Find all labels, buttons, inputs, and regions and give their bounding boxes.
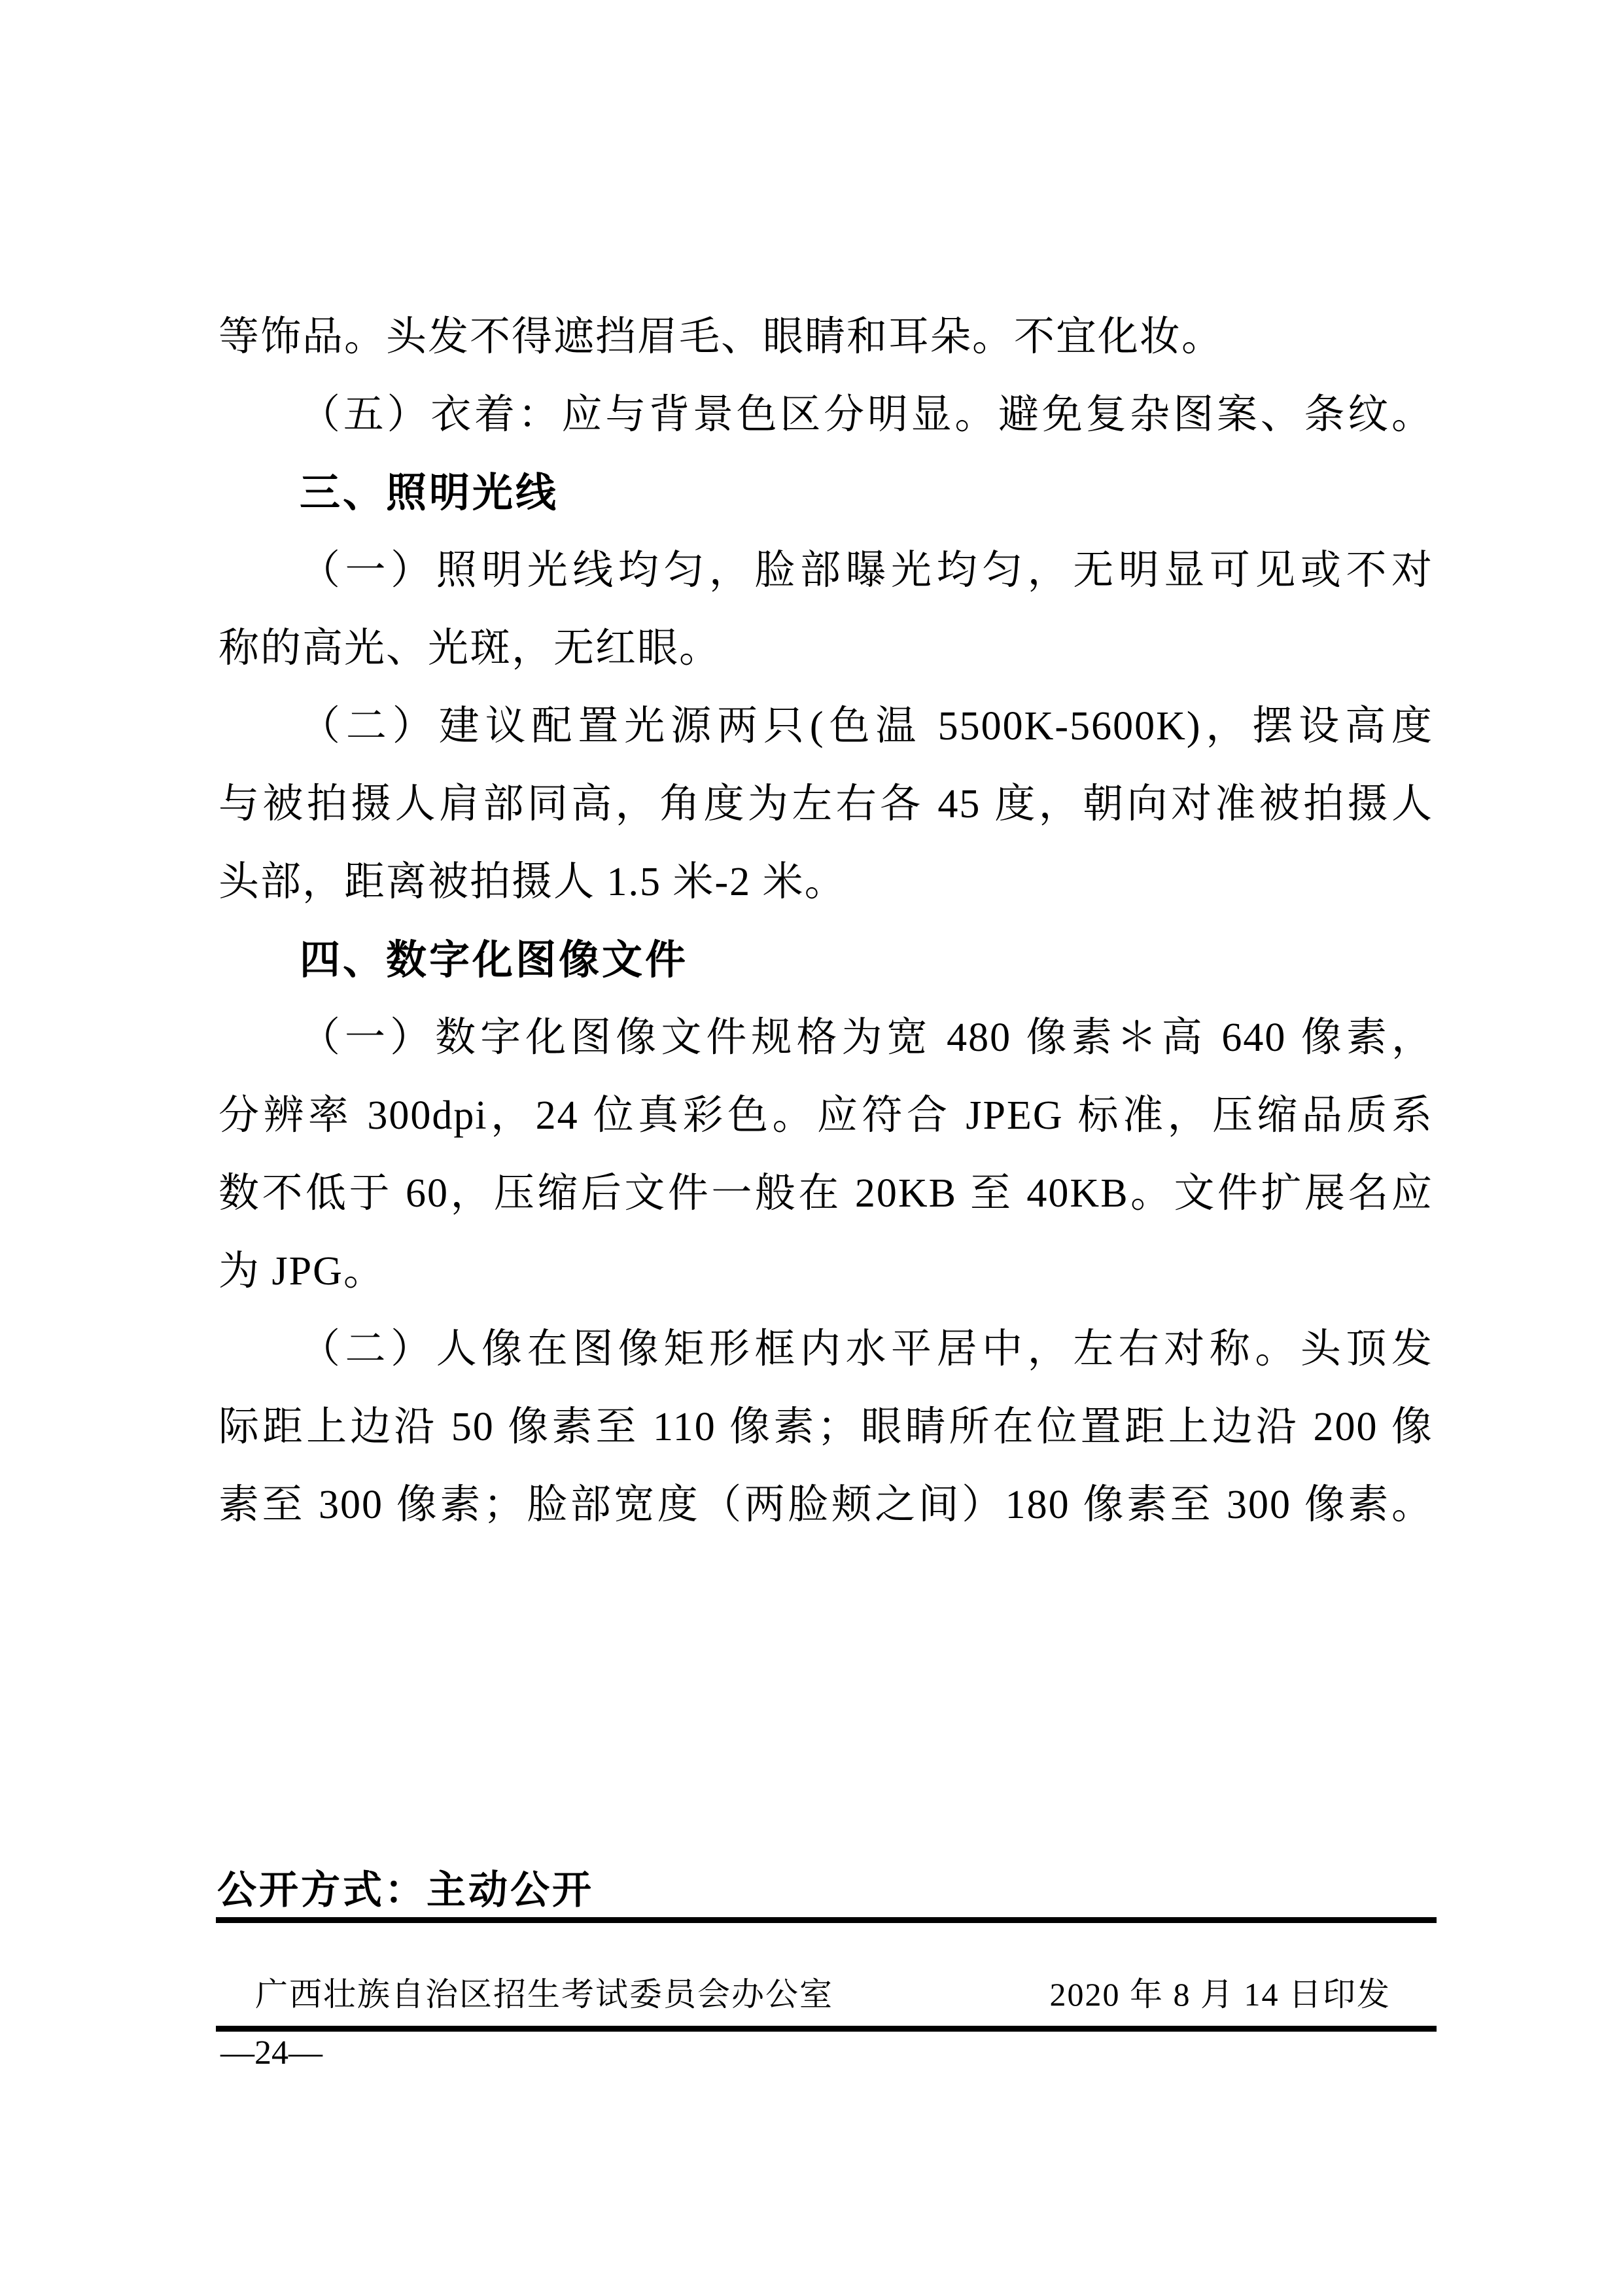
footer-row: 广西壮族自治区招生考试委员会办公室 2020 年 8 月 14 日印发 <box>255 1968 1391 2021</box>
text-line: （一）数字化图像文件规格为宽 480 像素＊高 640 像素， <box>218 999 1433 1077</box>
text-line: （二）人像在图像矩形框内水平居中，左右对称。头顶发 <box>218 1311 1433 1388</box>
divider-rule <box>216 2026 1437 2032</box>
document-page: 等饰品。头发不得遮挡眉毛、眼睛和耳朵。不宜化妆。 （五）衣着：应与背景色区分明显… <box>0 0 1623 2296</box>
text-line: 与被拍摄人肩部同高，角度为左右各 45 度，朝向对准被拍摄人 <box>218 766 1433 843</box>
text-line: 称的高光、光斑，无红眼。 <box>218 610 1433 688</box>
footer-issuer: 广西壮族自治区招生考试委员会办公室 <box>255 1968 833 2021</box>
text-line: （一）照明光线均匀，脸部曝光均匀，无明显可见或不对 <box>218 532 1433 610</box>
section-heading: 三、照明光线 <box>218 454 1433 532</box>
text-line: 际距上边沿 50 像素至 110 像素；眼睛所在位置距上边沿 200 像 <box>218 1388 1433 1466</box>
text-line: 数不低于 60，压缩后文件一般在 20KB 至 40KB。文件扩展名应 <box>218 1155 1433 1233</box>
text-line: 素至 300 像素；脸部宽度（两脸颊之间）180 像素至 300 像素。 <box>218 1466 1433 1544</box>
body-text: 等饰品。头发不得遮挡眉毛、眼睛和耳朵。不宜化妆。 （五）衣着：应与背景色区分明显… <box>218 298 1433 1544</box>
text-line: （五）衣着：应与背景色区分明显。避免复杂图案、条纹。 <box>218 376 1433 454</box>
text-line: 为 JPG。 <box>218 1233 1433 1311</box>
text-line: 分辨率 300dpi，24 位真彩色。应符合 JPEG 标准，压缩品质系 <box>218 1077 1433 1155</box>
divider-rule <box>216 1917 1437 1923</box>
text-line: （二）建议配置光源两只(色温 5500K-5600K)，摆设高度 <box>218 688 1433 766</box>
publicity-method-label: 公开方式：主动公开 <box>217 1861 594 1920</box>
section-heading: 四、数字化图像文件 <box>218 921 1433 999</box>
footer-print-date: 2020 年 8 月 14 日印发 <box>1050 1968 1391 2021</box>
text-line: 头部，距离被拍摄人 1.5 米-2 米。 <box>218 843 1433 921</box>
page-number: —24— <box>220 2028 323 2078</box>
text-line: 等饰品。头发不得遮挡眉毛、眼睛和耳朵。不宜化妆。 <box>218 298 1433 376</box>
